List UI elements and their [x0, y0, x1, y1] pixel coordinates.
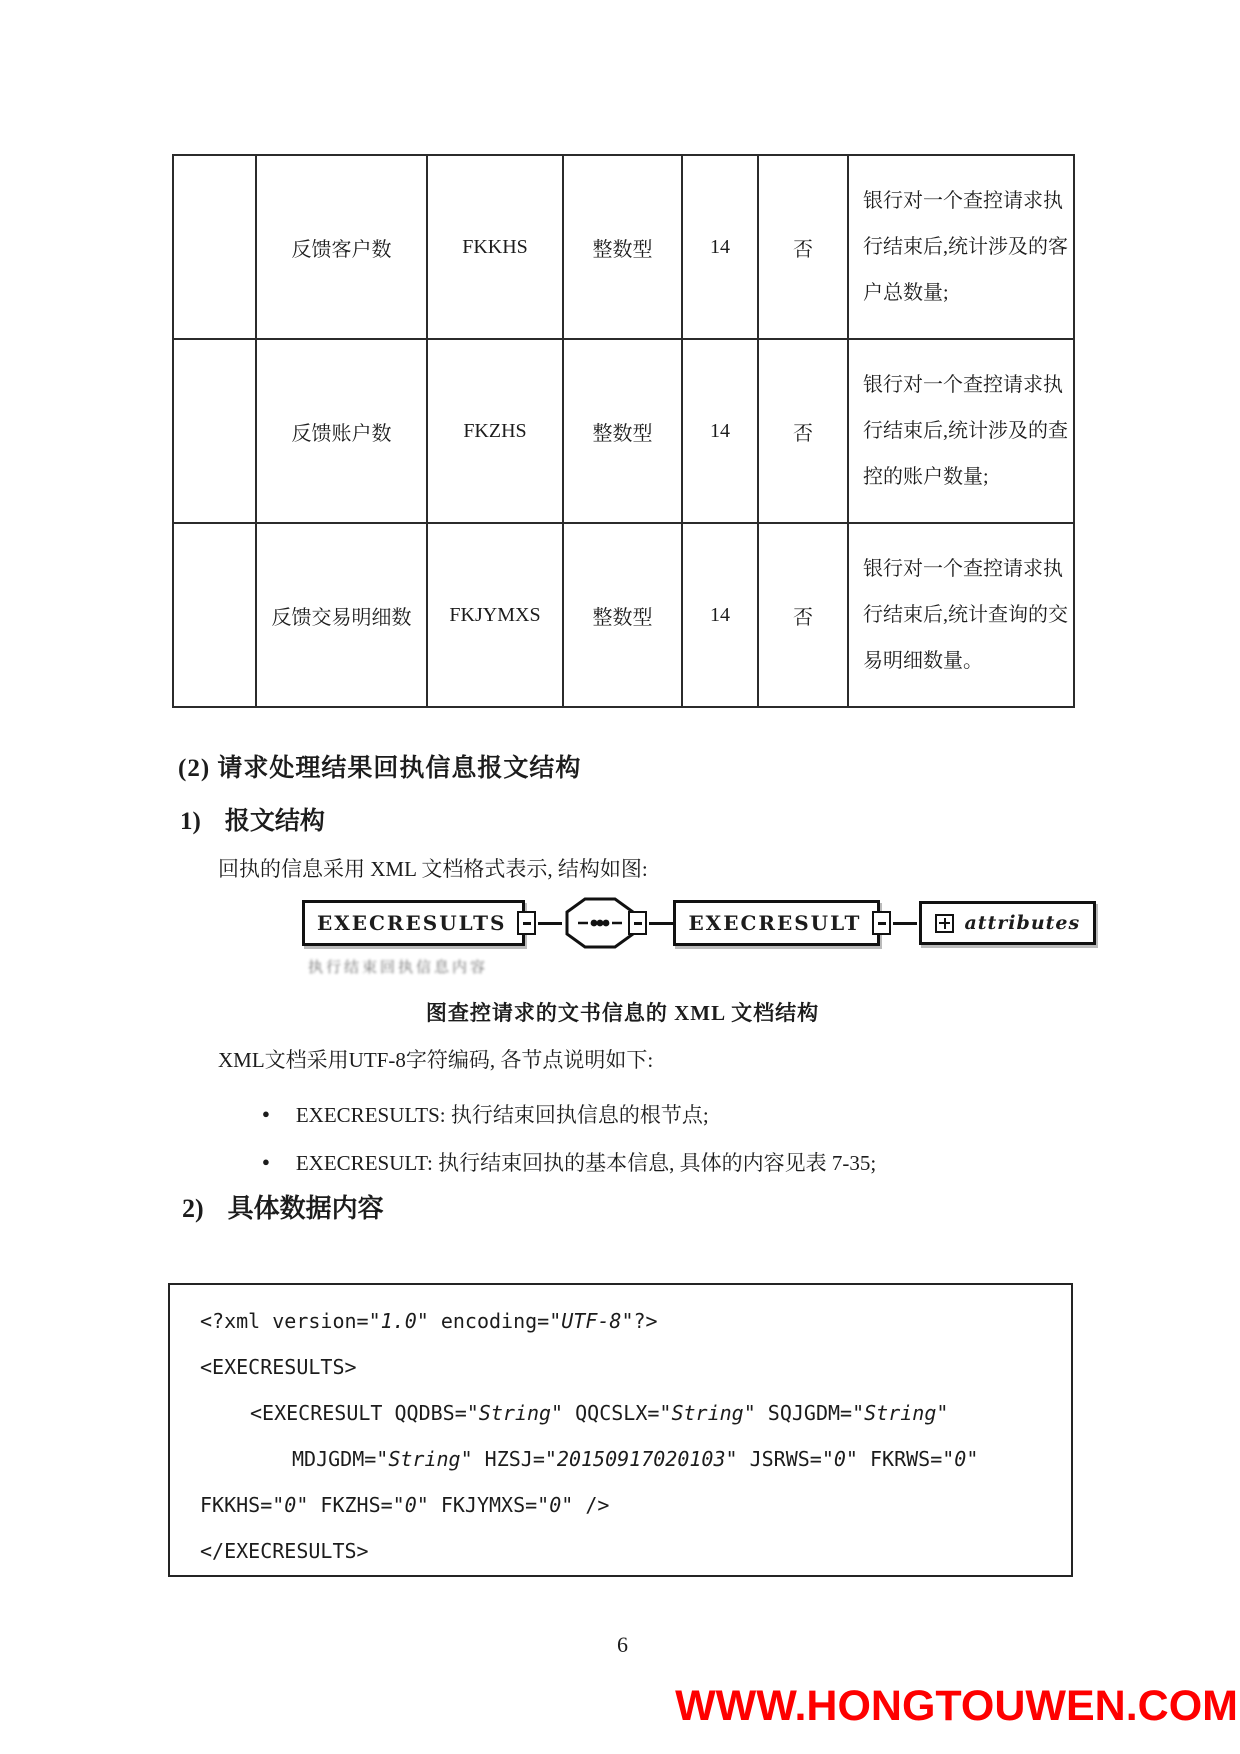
collapse-tab-icon — [872, 911, 891, 935]
desc-line: 行结束后,统计查询的交 — [863, 592, 1063, 638]
xml-structure-diagram: EXECRESULTS EXECRESULT attributes — [302, 892, 1096, 954]
bullet-item: ●EXECRESULTS: 执行结束回执信息的根节点; — [262, 1090, 876, 1138]
child-element-box: EXECRESULT — [673, 900, 880, 946]
field-length-cell: 14 — [682, 339, 758, 523]
code-line: </EXECRESULTS> — [200, 1528, 1063, 1574]
desc-line: 行结束后,统计涉及的查 — [863, 408, 1063, 454]
field-name-cell: 反馈客户数 — [256, 155, 427, 339]
code-line: <?xml version="1.0" encoding="UTF-8"?> — [200, 1298, 1063, 1344]
minus-icon — [878, 922, 886, 925]
code-line: <EXECRESULTS> — [200, 1344, 1063, 1390]
intro-paragraph: 回执的信息采用 XML 文档格式表示, 结构如图: — [218, 853, 648, 883]
connector-line — [538, 922, 562, 925]
field-code-cell: FKKHS — [427, 155, 563, 339]
attributes-node: attributes — [919, 901, 1096, 945]
sequence-octagon-icon — [564, 896, 636, 950]
seq-cell — [173, 523, 256, 707]
seq-cell — [173, 339, 256, 523]
code-line: MDJGDM="String" HZSJ="20150917020103" JS… — [200, 1436, 1063, 1482]
bullet-icon: ● — [262, 1154, 270, 1170]
code-line: FKKHS="0" FKZHS="0" FKJYMXS="0" /> — [200, 1482, 1063, 1528]
expand-plus-icon — [935, 914, 954, 933]
minus-icon — [523, 922, 531, 925]
field-definition-table: 反馈客户数FKKHS整数型14否银行对一个查控请求执行结束后,统计涉及的客户总数… — [172, 154, 1075, 708]
encoding-note: XML文档采用UTF-8字符编码, 各节点说明如下: — [218, 1044, 653, 1074]
subsection-2-title: 具体数据内容 — [228, 1194, 384, 1223]
field-desc-cell: 银行对一个查控请求执行结束后,统计查询的交易明细数量。 — [848, 523, 1074, 707]
bullet-text: EXECRESULT: 执行结束回执的基本信息, 具体的内容见表 7-35; — [296, 1147, 876, 1177]
xml-code-lines: <?xml version="1.0" encoding="UTF-8"?><E… — [200, 1298, 1063, 1574]
subsection-2-number: 2) — [182, 1194, 204, 1224]
watermark: WWW.HONGTOUWEN.COM — [675, 1682, 1238, 1731]
table-row: 反馈账户数FKZHS整数型14否银行对一个查控请求执行结束后,统计涉及的查控的账… — [173, 339, 1074, 523]
collapse-tab-icon — [628, 911, 647, 935]
node-bullet-list: ●EXECRESULTS: 执行结束回执信息的根节点;●EXECRESULT: … — [262, 1090, 876, 1186]
root-element-box: EXECRESULTS — [302, 900, 525, 946]
desc-line: 控的账户数量; — [863, 454, 1063, 500]
connector-line — [649, 922, 673, 925]
field-length-cell: 14 — [682, 155, 758, 339]
subsection-1-title: 报文结构 — [225, 808, 325, 835]
table-row: 反馈交易明细数FKJYMXS整数型14否银行对一个查控请求执行结束后,统计查询的… — [173, 523, 1074, 707]
field-code-cell: FKZHS — [427, 339, 563, 523]
field-length-cell: 14 — [682, 523, 758, 707]
minus-icon — [634, 922, 642, 925]
field-table-body: 反馈客户数FKKHS整数型14否银行对一个查控请求执行结束后,统计涉及的客户总数… — [173, 155, 1074, 707]
field-type-cell: 整数型 — [563, 523, 682, 707]
section-heading: (2) 请求处理结果回执信息报文结构 — [178, 748, 581, 784]
subsection-1-heading: 1)报文结构 — [180, 801, 325, 837]
bullet-item: ●EXECRESULT: 执行结束回执的基本信息, 具体的内容见表 7-35; — [262, 1138, 876, 1186]
field-type-cell: 整数型 — [563, 339, 682, 523]
document-page: 反馈客户数FKKHS整数型14否银行对一个查控请求执行结束后,统计涉及的客户总数… — [0, 0, 1240, 1754]
desc-line: 银行对一个查控请求执 — [863, 178, 1063, 224]
attributes-label: attributes — [964, 912, 1080, 934]
field-required-cell: 否 — [758, 523, 848, 707]
desc-line: 银行对一个查控请求执 — [863, 546, 1063, 592]
desc-line: 行结束后,统计涉及的客 — [863, 224, 1063, 270]
field-desc-cell: 银行对一个查控请求执行结束后,统计涉及的客户总数量; — [848, 155, 1074, 339]
field-name-cell: 反馈交易明细数 — [256, 523, 427, 707]
seq-cell — [173, 155, 256, 339]
desc-line: 户总数量; — [863, 270, 1063, 316]
bullet-icon: ● — [262, 1106, 270, 1122]
subsection-2-heading: 2)具体数据内容 — [182, 1188, 384, 1225]
sequence-node — [564, 896, 636, 950]
collapse-tab-icon — [517, 911, 536, 935]
field-required-cell: 否 — [758, 339, 848, 523]
page-number: 6 — [172, 1632, 1073, 1658]
child-element-node: EXECRESULT — [673, 900, 880, 946]
desc-line: 银行对一个查控请求执 — [863, 362, 1063, 408]
desc-line: 易明细数量。 — [863, 638, 1063, 684]
figure-caption: 图查控请求的文书信息的 XML 文档结构 — [172, 997, 1073, 1027]
bullet-text: EXECRESULTS: 执行结束回执信息的根节点; — [296, 1099, 709, 1129]
field-desc-cell: 银行对一个查控请求执行结束后,统计涉及的查控的账户数量; — [848, 339, 1074, 523]
xml-code-block: <?xml version="1.0" encoding="UTF-8"?><E… — [168, 1283, 1073, 1577]
field-required-cell: 否 — [758, 155, 848, 339]
connector-line — [893, 922, 917, 925]
root-element-caption: 执行结束回执信息内容 — [308, 956, 488, 977]
table-row: 反馈客户数FKKHS整数型14否银行对一个查控请求执行结束后,统计涉及的客户总数… — [173, 155, 1074, 339]
root-element-node: EXECRESULTS — [302, 900, 525, 946]
field-type-cell: 整数型 — [563, 155, 682, 339]
field-code-cell: FKJYMXS — [427, 523, 563, 707]
code-line: <EXECRESULT QQDBS="String" QQCSLX="Strin… — [200, 1390, 1063, 1436]
subsection-1-number: 1) — [180, 808, 201, 836]
field-name-cell: 反馈账户数 — [256, 339, 427, 523]
